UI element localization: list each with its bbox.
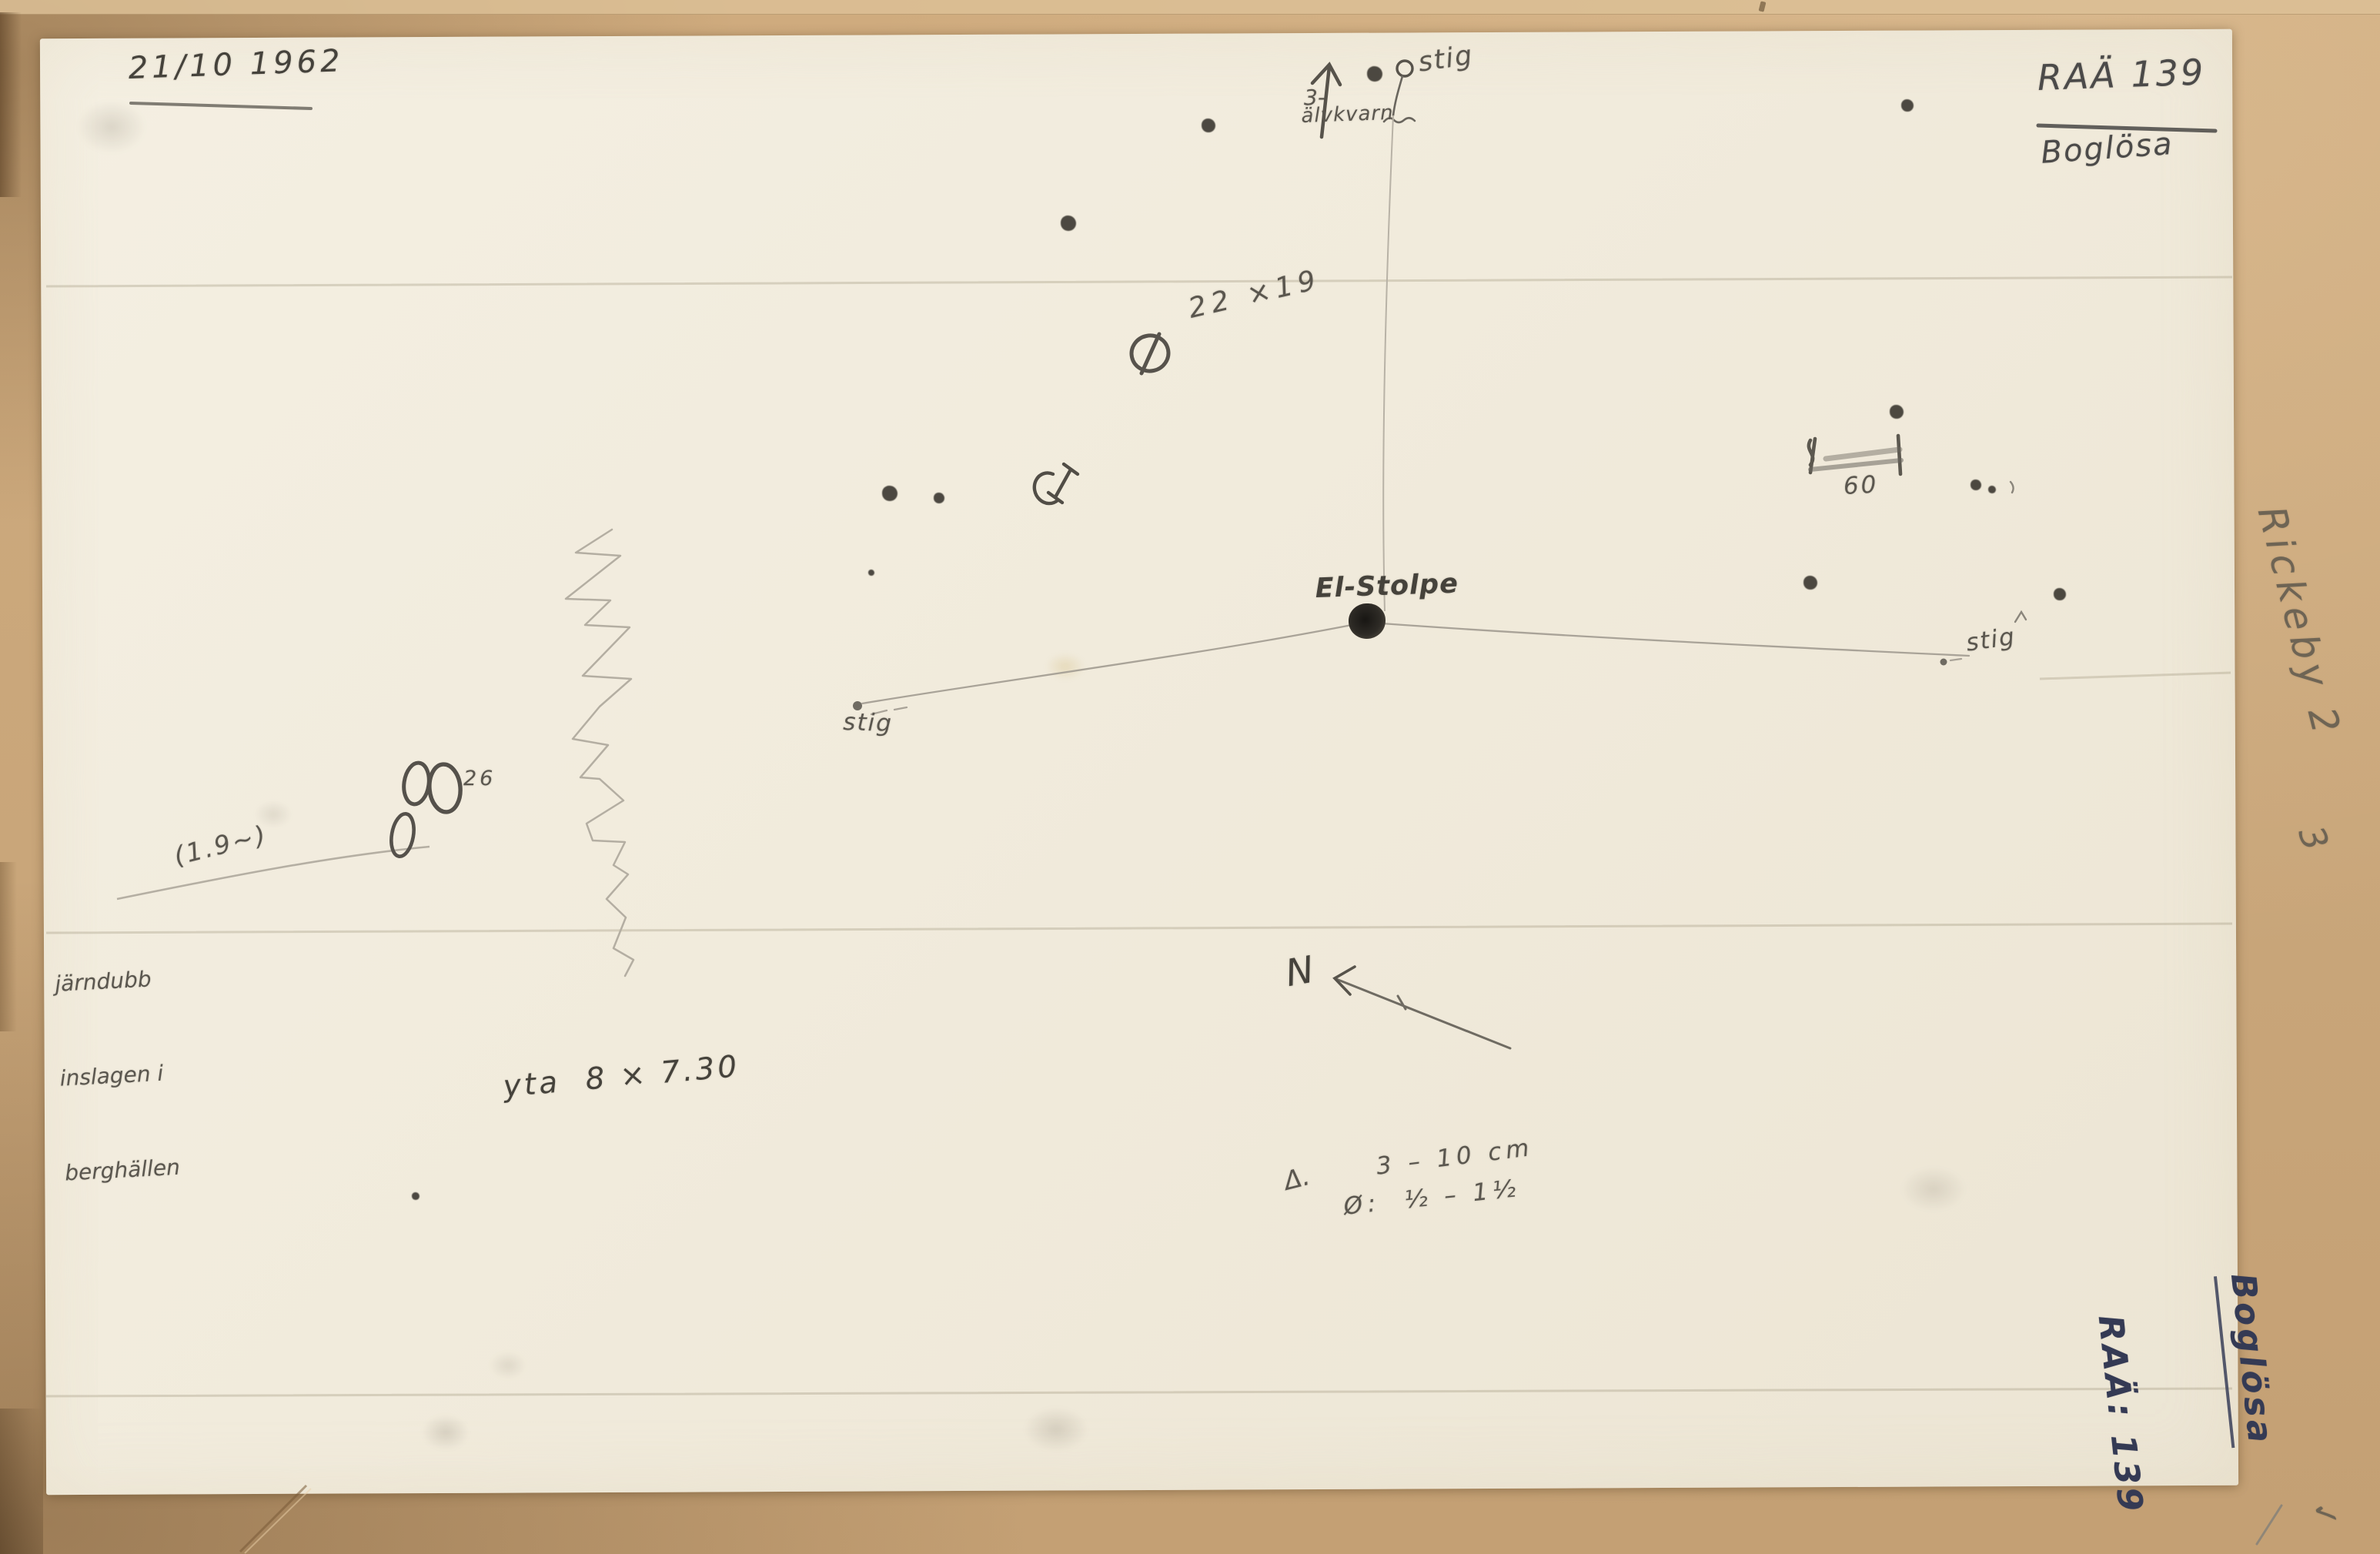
cardboard-shadow-bottomleft [0, 1409, 43, 1554]
corner-pencil-stroke [2257, 1506, 2281, 1544]
el-stolpe-dot [1349, 603, 1386, 639]
margin-bottom-parish: Boglösa [2214, 1272, 2288, 1503]
top-note-word: älvkvarn [1301, 102, 1394, 128]
site-ref-label: RAÄ 139 [2037, 51, 2206, 99]
margin-checkmark: ✓ [2304, 1496, 2347, 1532]
span-dim-label: 60 [1843, 471, 1879, 500]
scanned-field-sketch: 21/10 1962 RAÄ 139 Boglösa 3- älvkvarn s… [0, 0, 2380, 1554]
margin-side-number: 3 [2290, 820, 2337, 856]
path-label-left: stig [843, 708, 894, 737]
group-dim-label: 26 [463, 767, 496, 790]
cardboard-shadow-leftmid [0, 862, 17, 1031]
cardboard-crease [240, 1485, 311, 1553]
cardboard-top-strip [0, 0, 2380, 15]
date-label: 21/10 1962 [128, 43, 344, 86]
iron-note-line1: järndubb [54, 962, 171, 1000]
iron-note-line3: berghällen [64, 1151, 181, 1189]
iron-note-line2: inslagen i [59, 1057, 176, 1094]
cardboard-shadow-topleft [0, 12, 22, 197]
pole-label: El-Stolpe [1315, 569, 1459, 604]
iron-note-block: järndubb inslagen i berghällen [51, 899, 184, 1252]
margin-side-name: Rickeby 2 [2249, 502, 2350, 743]
margin-bottom-block: Boglösa RAÄ: 139 [2000, 1262, 2373, 1526]
sketch-paper-sheet [40, 29, 2238, 1495]
margin-bottom-ref: RAÄ: 139 [2088, 1313, 2152, 1516]
